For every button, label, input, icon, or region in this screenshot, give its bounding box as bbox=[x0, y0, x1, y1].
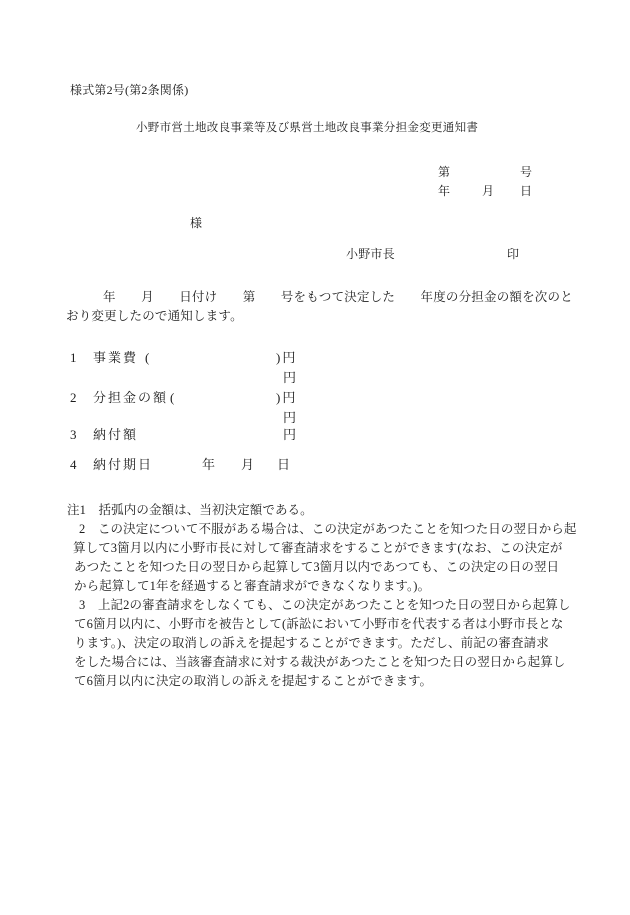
body-paragraph-line1: 年 月 日付け 第 号をもつて決定した 年度の分担金の額を次のと bbox=[103, 290, 573, 304]
item3-label: 納付額 bbox=[93, 428, 138, 443]
doc-number-prefix: 第 bbox=[438, 166, 450, 180]
note-line: から起算して1年を経過すると審査請求ができなくなります。)。 bbox=[74, 579, 430, 593]
document-page: 様式第2号(第2条関係) 小野市営土地改良事業等及び県営土地改良事業分担金変更通… bbox=[0, 0, 630, 915]
item1-sub-unit: 円 bbox=[283, 371, 298, 386]
note-line: 2 この決定について不服がある場合は、この決定があつたことを知つた日の翌日から起 bbox=[79, 522, 577, 536]
issuer-title: 小野市長 bbox=[346, 248, 395, 262]
note-line: 算して3箇月以内に小野市長に対して審査請求をすることができます(なお、この決定が bbox=[73, 541, 562, 555]
item4-day-label: 日 bbox=[277, 458, 292, 473]
note-line: て6箇月以内に決定の取消しの訴えを提起することができます。 bbox=[74, 674, 432, 688]
note-line: て6箇月以内に、小野市を被告として(訴訟において小野市を代表する者は小野市長とな bbox=[74, 617, 563, 631]
item3-unit: 円 bbox=[283, 428, 298, 443]
item4-number: 4 bbox=[70, 458, 79, 473]
item2-sub-unit: 円 bbox=[283, 411, 298, 426]
date-day-label: 日 bbox=[520, 185, 532, 199]
date-month-label: 月 bbox=[482, 185, 494, 199]
item3-number: 3 bbox=[70, 428, 79, 443]
note-line: をした場合には、当該審査請求に対する裁決があつたことを知つた日の翌日から起算し bbox=[74, 655, 565, 669]
date-year-label: 年 bbox=[438, 185, 450, 199]
item4-month-label: 月 bbox=[241, 458, 256, 473]
item2-close-paren-unit: )円 bbox=[276, 391, 297, 406]
item1-open-paren: ( bbox=[145, 351, 151, 366]
form-number-label: 様式第2号(第2条関係) bbox=[70, 84, 188, 98]
item1-number: 1 bbox=[70, 351, 79, 366]
item4-label: 納付期日 bbox=[93, 458, 153, 473]
doc-number-suffix: 号 bbox=[520, 166, 532, 180]
item2-open-paren: ( bbox=[170, 391, 176, 406]
item1-close-paren-unit: )円 bbox=[276, 351, 297, 366]
recipient-honorific: 様 bbox=[190, 217, 202, 231]
item2-number: 2 bbox=[70, 391, 79, 406]
seal-mark: 印 bbox=[507, 248, 519, 262]
item1-label: 事業費 bbox=[93, 351, 138, 366]
note-line: 3 上記2の審査請求をしなくても、この決定があつたことを知つた日の翌日から起算し bbox=[79, 598, 571, 612]
item4-year-label: 年 bbox=[202, 458, 217, 473]
note-line: あつたことを知つた日の翌日から起算して3箇月以内であつても、この決定の日の翌日 bbox=[74, 560, 559, 574]
body-paragraph-line2: おり変更したので通知します。 bbox=[66, 309, 243, 323]
item2-label: 分担金の額 bbox=[93, 391, 168, 406]
document-title: 小野市営土地改良事業等及び県営土地改良事業分担金変更通知書 bbox=[136, 122, 478, 135]
note-line: 注1 括弧内の金額は、当初決定額である。 bbox=[67, 503, 313, 517]
note-line: ります。)、決定の取消しの訴えを提起することができます。ただし、前記の審査請求 bbox=[74, 636, 549, 650]
